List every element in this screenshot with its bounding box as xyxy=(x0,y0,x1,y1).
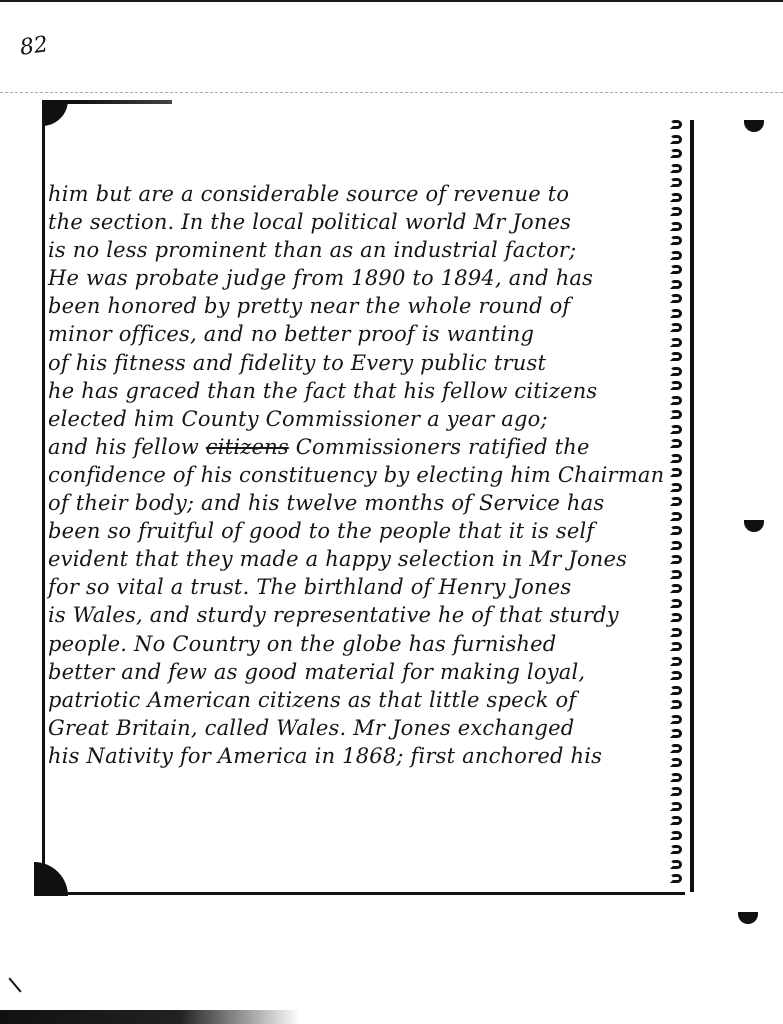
text-line: for so vital a trust. The birthland of H… xyxy=(48,573,680,601)
text-line: better and few as good material for maki… xyxy=(48,658,680,686)
text-line: confidence of his constituency by electi… xyxy=(48,461,680,489)
text-line: evident that they made a happy selection… xyxy=(48,545,680,573)
text-segment: Commissioners ratified the xyxy=(289,435,590,459)
text-line: been so fruitful of good to the people t… xyxy=(48,517,680,545)
spiral-coil-icon xyxy=(670,120,682,129)
text-line: and his fellow citizens Commissioners ra… xyxy=(48,433,680,461)
text-line: him but are a considerable source of rev… xyxy=(48,180,680,208)
spiral-coil-icon xyxy=(670,773,682,782)
text-line: been honored by pretty near the whole ro… xyxy=(48,292,680,320)
text-line: he has graced than the fact that his fel… xyxy=(48,377,680,405)
spiral-coil-icon xyxy=(670,149,682,158)
text-segment: and his fellow xyxy=(48,435,206,459)
spiral-coil-icon xyxy=(670,816,682,825)
spiral-coil-icon xyxy=(670,831,682,840)
handwritten-text-block: him but are a considerable source of rev… xyxy=(48,180,680,770)
spiral-coil-icon xyxy=(670,787,682,796)
text-line: the section. In the local political worl… xyxy=(48,208,680,236)
spiral-coil-icon xyxy=(670,874,682,883)
scan-mark xyxy=(8,977,21,992)
spiral-coil-icon xyxy=(670,860,682,869)
text-line: of his fitness and fidelity to Every pub… xyxy=(48,349,680,377)
text-line: people. No Country on the globe has furn… xyxy=(48,630,680,658)
binder-hole-icon xyxy=(744,520,764,532)
binder-hole-icon xyxy=(744,120,764,132)
spiral-coil-icon xyxy=(670,135,682,144)
text-line: his Nativity for America in 1868; first … xyxy=(48,742,680,770)
text-line: He was probate judge from 1890 to 1894, … xyxy=(48,264,680,292)
text-line: minor offices, and no better proof is wa… xyxy=(48,320,680,348)
text-line: elected him County Commissioner a year a… xyxy=(48,405,680,433)
faint-rule-line xyxy=(0,92,783,94)
spiral-coil-icon xyxy=(670,164,682,173)
struck-word: citizens xyxy=(206,435,289,459)
scan-bottom-edge xyxy=(0,1010,300,1024)
spiral-coil-icon xyxy=(670,802,682,811)
binder-hole-icon xyxy=(738,912,758,924)
spiral-coil-icon xyxy=(670,845,682,854)
text-line: Great Britain, called Wales. Mr Jones ex… xyxy=(48,714,680,742)
text-line: of their body; and his twelve months of … xyxy=(48,489,680,517)
text-line: is no less prominent than as an industri… xyxy=(48,236,680,264)
text-line: patriotic American citizens as that litt… xyxy=(48,686,680,714)
page-number: 82 xyxy=(18,32,49,61)
scan-top-edge xyxy=(0,0,783,2)
text-line: is Wales, and sturdy representative he o… xyxy=(48,601,680,629)
